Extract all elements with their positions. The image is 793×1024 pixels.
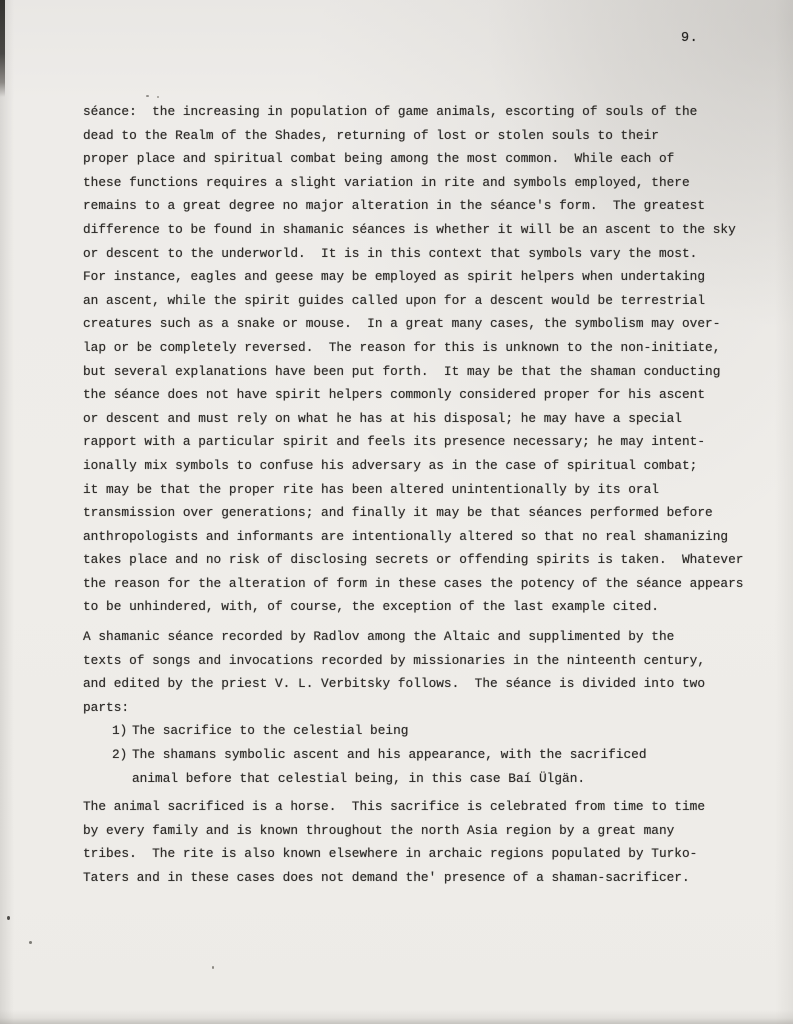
scan-speck: [212, 966, 214, 969]
list-item-2: 2) The shamans symbolic ascent and his a…: [83, 743, 773, 790]
list-marker-1: 1): [112, 719, 132, 743]
list-text-1: The sacrifice to the celestial being: [132, 719, 408, 743]
paragraph-radlov-seance: A shamanic séance recorded by Radlov amo…: [83, 625, 773, 719]
seance-parts-list: 1) The sacrifice to the celestial being …: [83, 719, 773, 790]
page-content: séance: the increasing in population of …: [83, 100, 773, 890]
list-text-2: The shamans symbolic ascent and his appe…: [132, 743, 647, 790]
scanned-typewritten-page: 9. séance: the increasing in population …: [0, 0, 793, 1024]
scan-speck: [29, 941, 32, 944]
scan-edge-artifact: [0, 0, 5, 97]
paragraph-seance-functions: séance: the increasing in population of …: [83, 100, 773, 619]
page-number: 9.: [681, 31, 698, 46]
scan-speck: [157, 96, 159, 98]
list-marker-2: 2): [112, 743, 132, 767]
paragraph-horse-sacrifice: The animal sacrificed is a horse. This s…: [83, 795, 773, 889]
scan-speck: [7, 916, 10, 920]
list-item-1: 1) The sacrifice to the celestial being: [83, 719, 773, 743]
scan-speck: [146, 95, 149, 97]
